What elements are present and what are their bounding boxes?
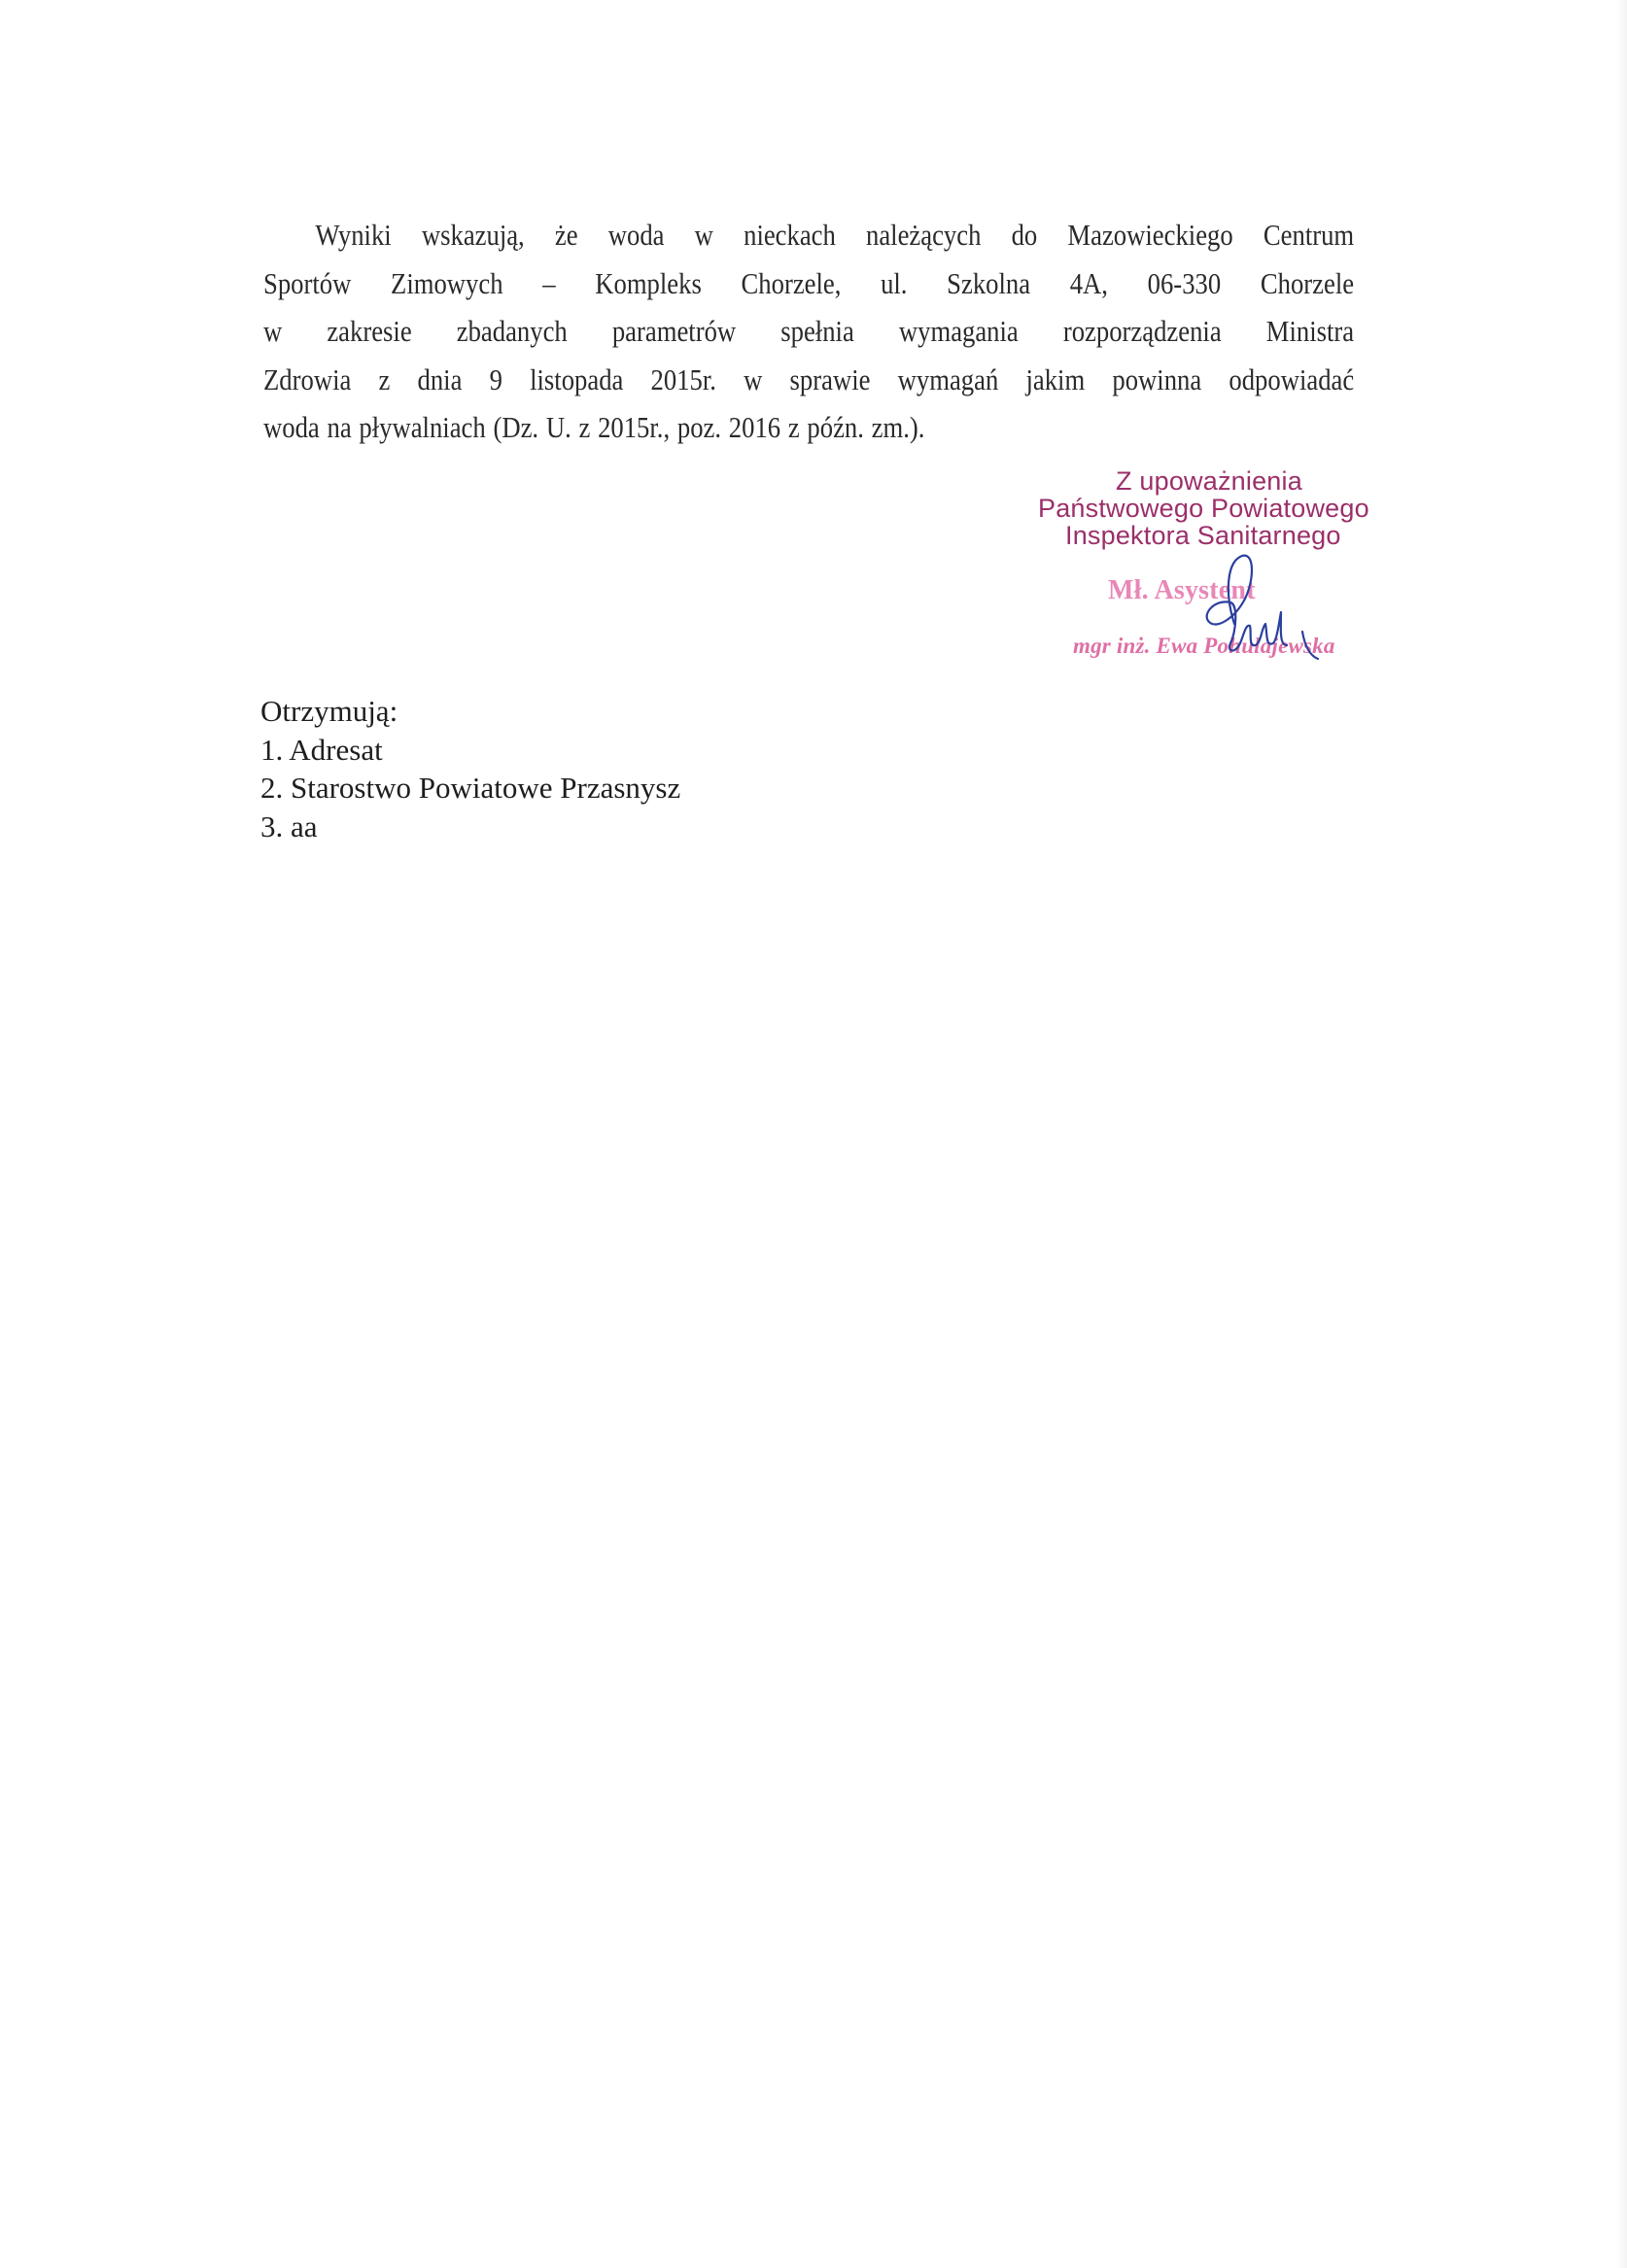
- paragraph-word: zbadanych: [457, 312, 568, 361]
- paragraph-word: w: [263, 312, 282, 361]
- paragraph-word: Zimowych: [391, 264, 503, 313]
- body-paragraph: Wynikiwskazują,żewodawnieckachnależących…: [263, 216, 1354, 457]
- paragraph-word: wymagań: [898, 361, 999, 409]
- paragraph-word: Wyniki: [315, 216, 391, 264]
- paragraph-word: Chorzele,: [742, 264, 842, 313]
- paragraph-word: rozporządzenia: [1063, 312, 1222, 361]
- paragraph-word: Chorzele: [1261, 264, 1354, 313]
- recipient-item: 3. aa: [260, 808, 680, 846]
- paragraph-word: na: [327, 408, 351, 457]
- paragraph-word: późn.: [807, 408, 863, 457]
- paragraph-word: woda: [263, 408, 320, 457]
- paragraph-word: Sportów: [263, 264, 351, 313]
- paragraph-word: Mazowieckiego: [1067, 216, 1232, 264]
- paragraph-line: wzakresiezbadanychparametrówspełniawymag…: [263, 312, 1354, 361]
- paragraph-word: z: [379, 361, 391, 409]
- paragraph-word: poz.: [677, 408, 721, 457]
- paragraph-word: 2015r.,: [598, 408, 670, 457]
- handwritten-signature-icon: [1166, 554, 1332, 670]
- recipients-list: Otrzymują: 1. Adresat 2. Starostwo Powia…: [260, 692, 680, 845]
- paragraph-word: spełnia: [780, 312, 854, 361]
- paragraph-word: jakim: [1025, 361, 1085, 409]
- paragraph-word: listopada: [530, 361, 623, 409]
- paragraph-word: 2016: [729, 408, 780, 457]
- paragraph-word: odpowiadać: [1229, 361, 1354, 409]
- paragraph-word: pływalniach: [359, 408, 485, 457]
- paragraph-word: Centrum: [1264, 216, 1354, 264]
- recipients-heading: Otrzymują:: [260, 692, 680, 731]
- paragraph-word: z: [578, 408, 590, 457]
- paragraph-word: Kompleks: [595, 264, 702, 313]
- paragraph-word: Szkolna: [947, 264, 1030, 313]
- paragraph-word: ul.: [881, 264, 907, 313]
- paragraph-line: Wynikiwskazują,żewodawnieckachnależących…: [263, 216, 1354, 264]
- paragraph-word: zm.).: [872, 408, 925, 457]
- paragraph-word: Zdrowia: [263, 361, 351, 409]
- paragraph-line: wodanapływalniach(Dz.U.z2015r.,poz.2016z…: [263, 408, 1354, 457]
- paragraph-word: nieckach: [744, 216, 836, 264]
- paragraph-word: wskazują,: [422, 216, 525, 264]
- paragraph-word: 06-330: [1148, 264, 1222, 313]
- paragraph-word: do: [1012, 216, 1038, 264]
- paragraph-word: dnia: [418, 361, 463, 409]
- paragraph-word: z: [788, 408, 800, 457]
- paragraph-word: –: [542, 264, 555, 313]
- paragraph-line: Zdrowiazdnia9listopada2015r.wsprawiewyma…: [263, 361, 1354, 409]
- paragraph-word: sprawie: [790, 361, 871, 409]
- paragraph-word: 2015r.: [651, 361, 716, 409]
- paragraph-word: powinna: [1112, 361, 1201, 409]
- paragraph-word: w: [744, 361, 762, 409]
- stamp-line-institution: Państwowego Powiatowego: [1038, 494, 1369, 524]
- paragraph-word: wymagania: [899, 312, 1019, 361]
- paragraph-word: należących: [866, 216, 981, 264]
- paragraph-word: U.: [546, 408, 571, 457]
- document-page: Wynikiwskazują,żewodawnieckachnależących…: [0, 0, 1627, 2268]
- stamp-line-authorization: Z upoważnienia: [1116, 466, 1302, 497]
- paragraph-word: Ministra: [1266, 312, 1354, 361]
- paragraph-word: zakresie: [327, 312, 411, 361]
- paragraph-line: SportówZimowych–KompleksChorzele,ul.Szko…: [263, 264, 1354, 313]
- paragraph-word: (Dz.: [493, 408, 538, 457]
- recipient-item: 2. Starostwo Powiatowe Przasnysz: [260, 769, 680, 808]
- paragraph-word: woda: [608, 216, 665, 264]
- paragraph-word: parametrów: [612, 312, 736, 361]
- stamp-line-inspector: Inspektora Sanitarnego: [1065, 521, 1341, 551]
- recipient-item: 1. Adresat: [260, 731, 680, 770]
- authorization-stamp: Z upoważnienia Państwowego Powiatowego I…: [1011, 466, 1419, 690]
- paragraph-word: że: [555, 216, 578, 264]
- paragraph-word: 4A,: [1070, 264, 1108, 313]
- scan-edge: [1617, 0, 1627, 2268]
- paragraph-word: 9: [490, 361, 502, 409]
- paragraph-word: w: [695, 216, 713, 264]
